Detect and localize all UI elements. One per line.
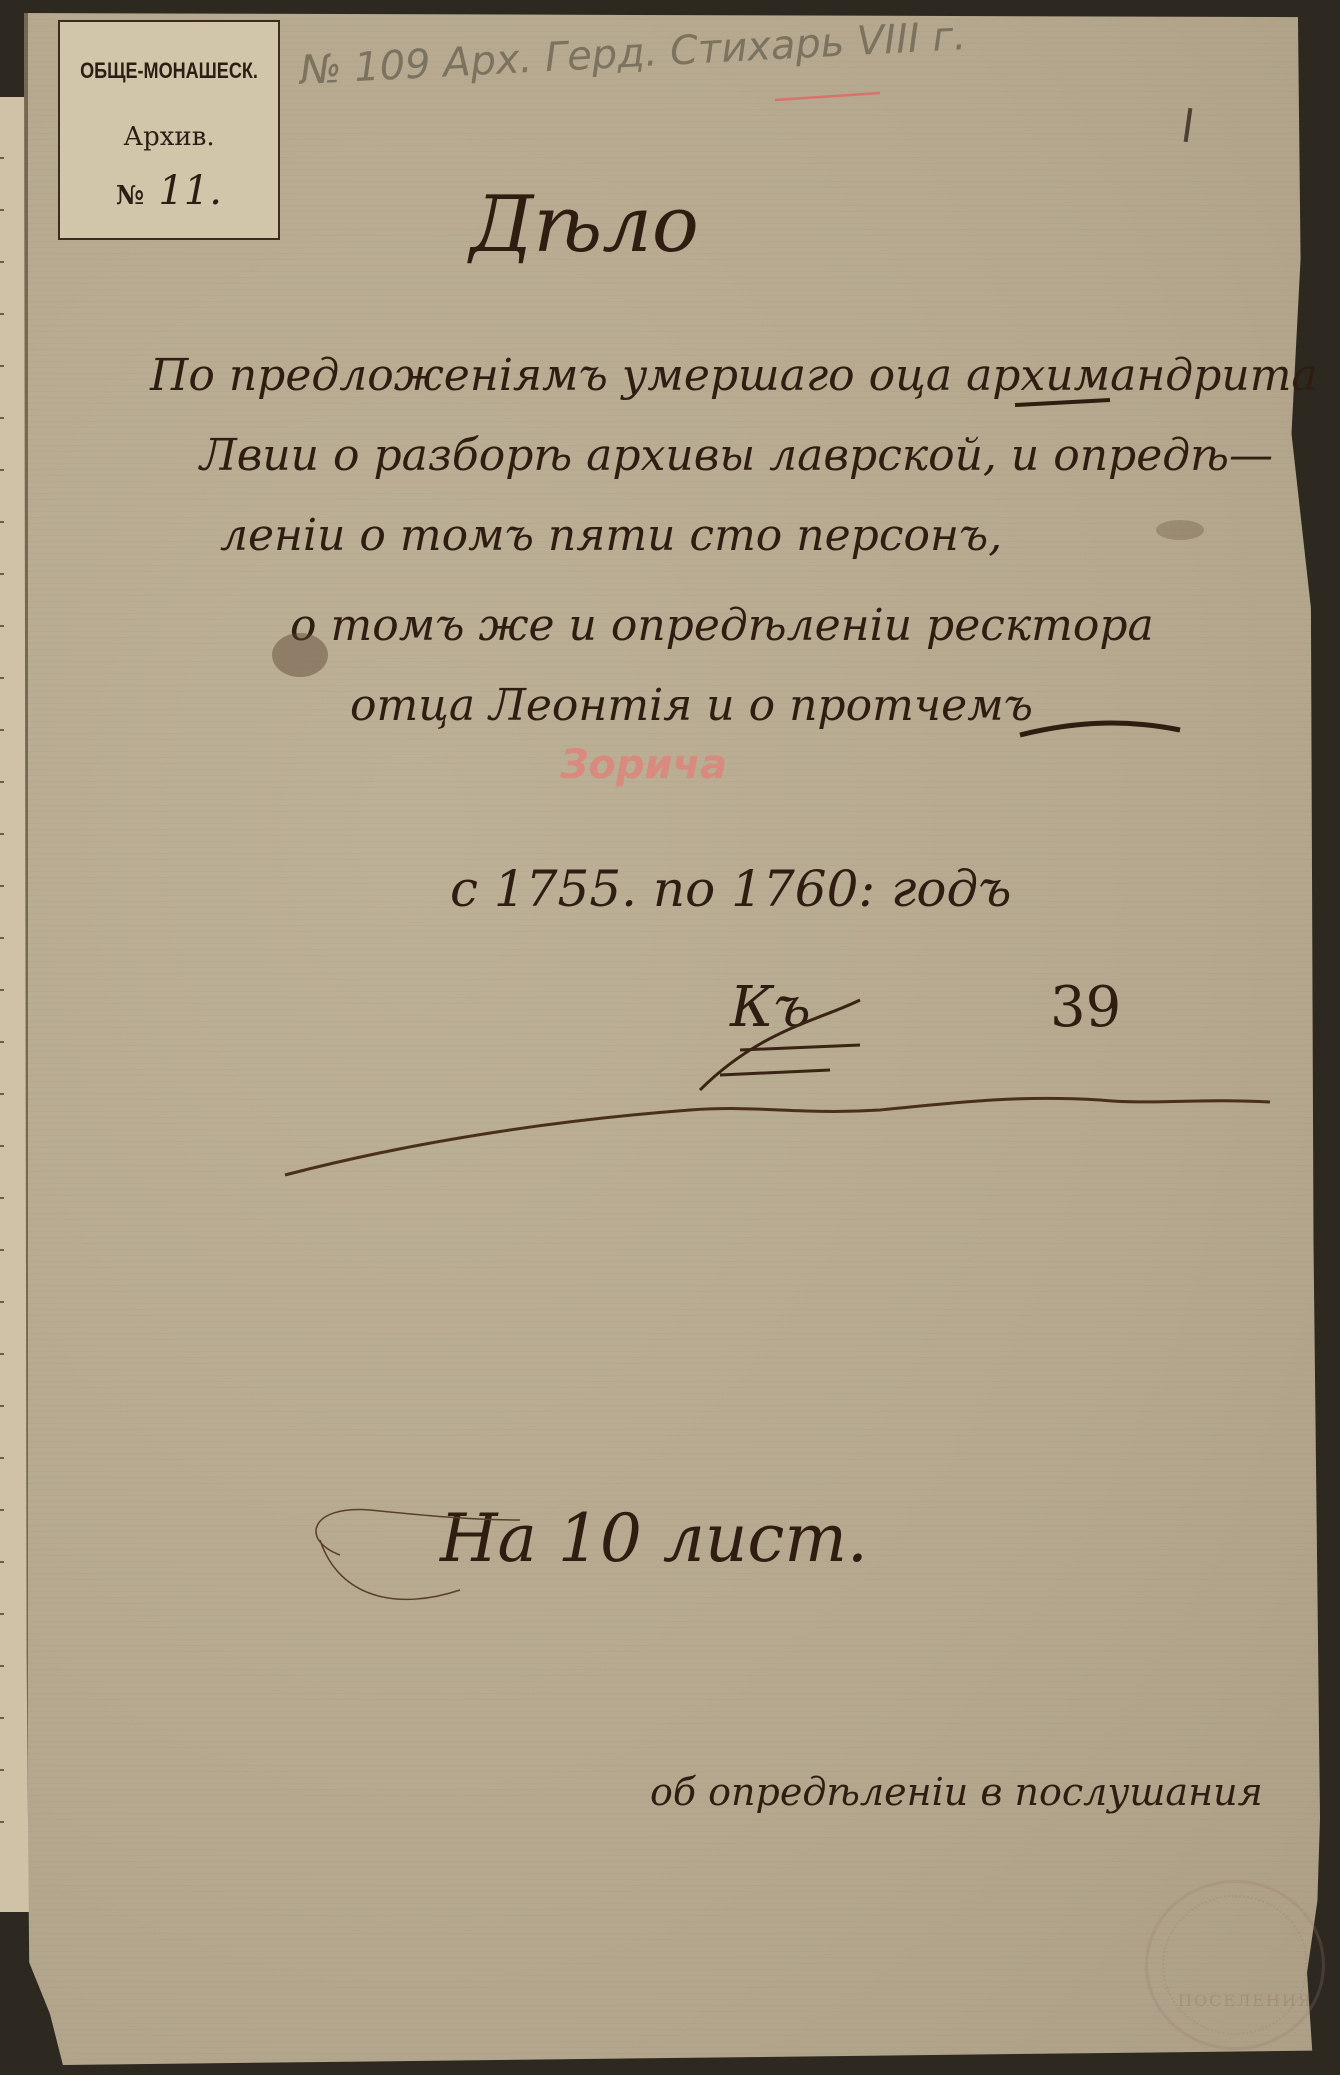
ink-blot xyxy=(272,633,328,677)
ink-smudge xyxy=(1156,520,1204,540)
faded-library-stamp: ПОСЕЛЕНИЯ xyxy=(1145,1880,1325,2050)
ink-underline-archimandrite xyxy=(1015,400,1110,405)
stamp-text: ПОСЕЛЕНИЯ xyxy=(1178,1991,1313,2010)
red-underline xyxy=(775,93,880,100)
ink-underline-protchem xyxy=(1020,723,1180,735)
stamp-inner-ring xyxy=(1162,1895,1308,2035)
ink-strokes xyxy=(0,0,1340,2075)
signature-flourish xyxy=(700,1000,860,1090)
sheet-count-flourish xyxy=(316,1510,520,1600)
divider-line xyxy=(285,1098,1270,1175)
